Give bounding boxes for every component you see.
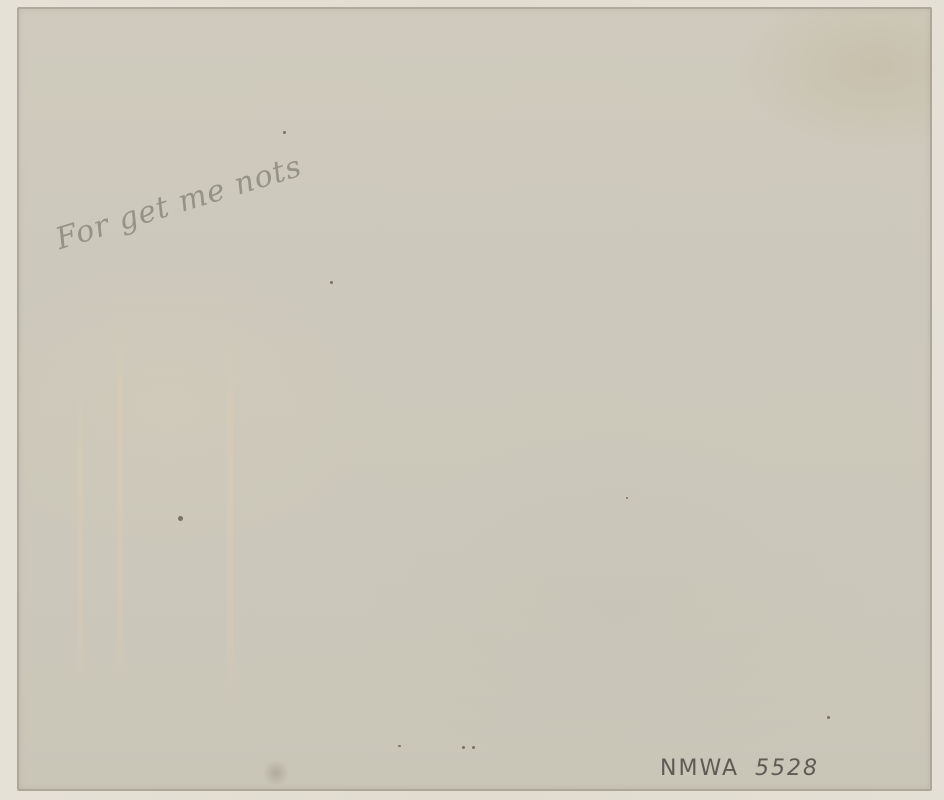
artwork-verso-sheet	[17, 7, 932, 791]
accession-prefix: NMWA	[660, 756, 739, 781]
paper-streak	[77, 367, 83, 687]
foxing-spot	[462, 746, 465, 749]
accession-number: 5528	[755, 756, 819, 781]
foxing-spot	[398, 745, 401, 747]
foxing-spot	[330, 281, 333, 284]
foxing-spot	[472, 746, 475, 749]
smudge-mark	[262, 760, 290, 786]
foxing-spot	[827, 716, 830, 719]
paper-streak	[117, 307, 123, 687]
accession-number-label: NMWA5528	[660, 756, 819, 781]
foxing-spot	[178, 516, 183, 521]
paper-streak	[227, 327, 233, 707]
scan-stage: For get me nots NMWA5528	[0, 0, 944, 800]
foxing-spot	[283, 131, 286, 134]
foxing-spot	[626, 497, 628, 499]
